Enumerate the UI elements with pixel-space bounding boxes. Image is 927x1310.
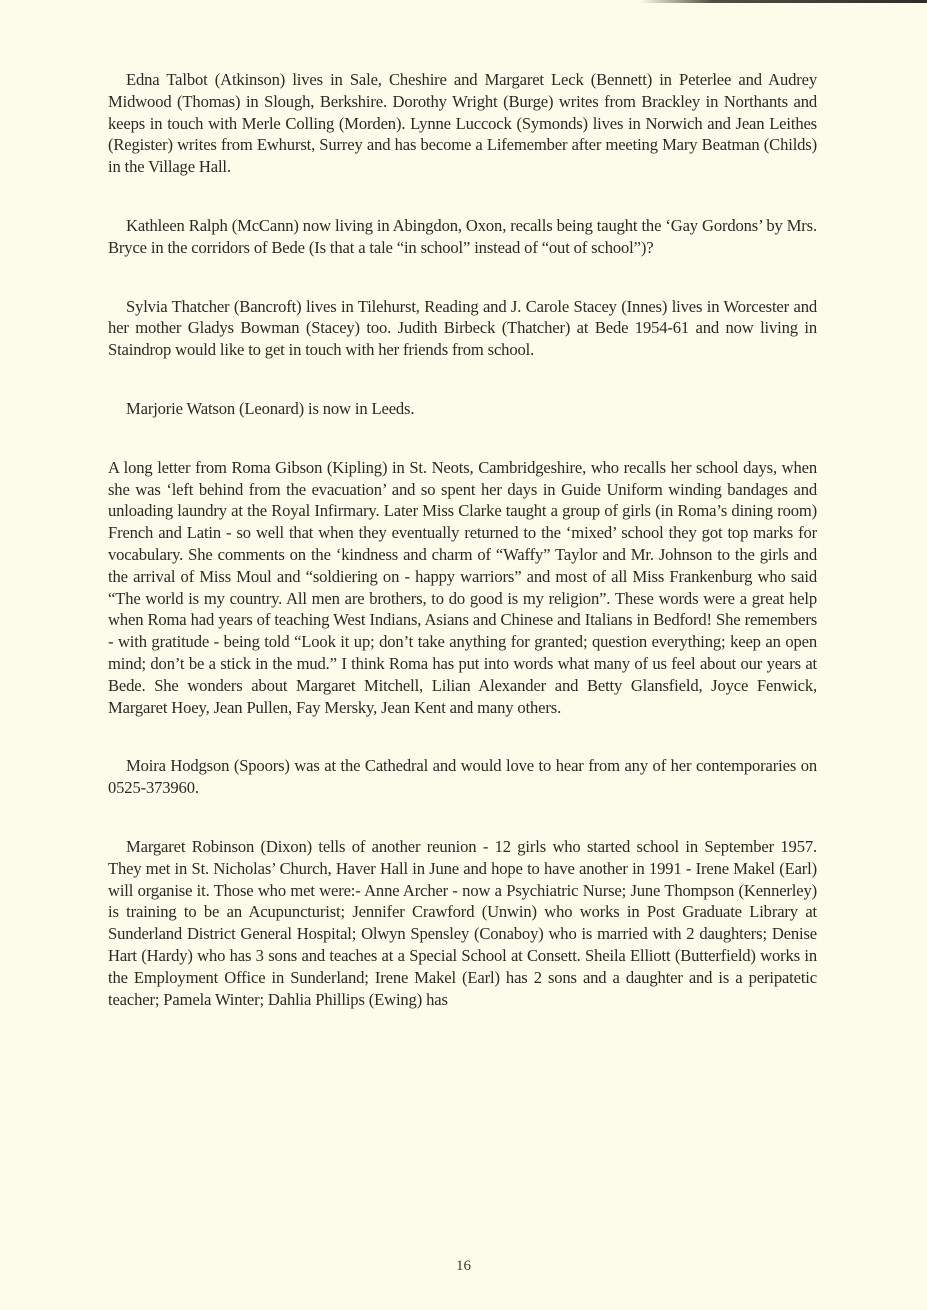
paragraph-gibson-letter: A long letter from Roma Gibson (Kipling)… — [108, 457, 817, 719]
scan-edge-shadow — [640, 0, 927, 3]
paragraph-hodgson: Moira Hodgson (Spoors) was at the Cathed… — [108, 755, 817, 799]
paragraph-thatcher: Sylvia Thatcher (Bancroft) lives in Tile… — [108, 296, 817, 361]
paragraph-talbot: Edna Talbot (Atkinson) lives in Sale, Ch… — [108, 69, 817, 178]
page-number: 16 — [0, 1258, 927, 1275]
paragraph-robinson-reunion: Margaret Robinson (Dixon) tells of anoth… — [108, 836, 817, 1010]
paragraph-watson: Marjorie Watson (Leonard) is now in Leed… — [108, 398, 817, 420]
document-page: Edna Talbot (Atkinson) lives in Sale, Ch… — [108, 69, 817, 1047]
paragraph-ralph: Kathleen Ralph (McCann) now living in Ab… — [108, 215, 817, 259]
